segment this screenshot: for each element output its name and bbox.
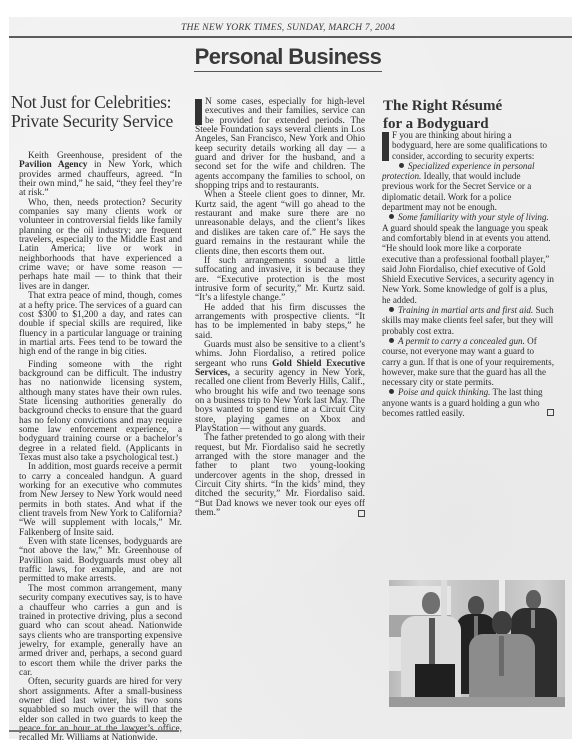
bullet-icon — [389, 389, 394, 394]
bullet-icon — [389, 338, 394, 343]
drop-cap-bar — [382, 132, 389, 161]
end-of-article-mark-icon — [358, 510, 365, 517]
text: The father pretended to go along with th… — [195, 433, 365, 518]
paragraph: Often, security guards are hired for ver… — [19, 678, 182, 743]
section-title: Personal Business — [0, 44, 576, 72]
paragraph: He added that his firm discusses the arr… — [195, 304, 365, 341]
sidebar-list-item: Some familiarity with your style of livi… — [382, 212, 554, 305]
paragraph: The father pretended to go along with th… — [195, 434, 365, 518]
paragraph: Keith Greenhouse, president of the Pavil… — [19, 152, 182, 199]
top-rule-divider — [9, 36, 572, 38]
text: a security agency in New York, recalled … — [195, 368, 365, 434]
drop-cap-bar — [195, 99, 202, 125]
paragraph: Who, then, needs protection? Security co… — [19, 199, 182, 292]
sidebar-list-item: A permit to carry a concealed gun. Of co… — [382, 336, 554, 387]
paragraph: Guards must also be sensitive to a clien… — [195, 341, 365, 434]
main-headline-line2: Private Security Service — [11, 111, 173, 131]
main-headline: Not Just for Celebrities: Private Securi… — [11, 93, 191, 131]
item-lead: Training in martial arts and first aid. — [398, 305, 533, 315]
sidebar-headline: The Right Résumé for a Bodyguard — [383, 98, 563, 133]
end-of-article-mark-icon — [547, 409, 554, 416]
sidebar-headline-line1: The Right Résumé — [383, 98, 502, 114]
article-column-1: Keith Greenhouse, president of the Pavil… — [19, 152, 182, 744]
paragraph: Finding someone with the right backgroun… — [19, 361, 182, 464]
paragraph: When a Steele client goes to dinner, Mr.… — [195, 191, 365, 256]
article-column-2: N some cases, especially for high-level … — [195, 98, 365, 518]
paragraph: The most common arrangement, many securi… — [19, 585, 182, 678]
sidebar-column: F you are thinking about hiring a bodygu… — [382, 130, 554, 418]
bottom-rule-divider — [9, 730, 179, 732]
photo-counter — [389, 697, 565, 707]
item-lead: A permit to carry a concealed gun. — [398, 336, 525, 346]
sidebar-list-item: Training in martial arts and first aid. … — [382, 305, 554, 336]
item-text: A guard should speak the language you sp… — [382, 223, 554, 305]
paragraph: If such arrangements sound a little suff… — [195, 257, 365, 304]
bullet-icon — [399, 163, 404, 168]
sidebar-intro: F you are thinking about hiring a bodygu… — [382, 130, 554, 161]
text: some cases, especially for high-level ex… — [195, 97, 365, 191]
section-title-text: Personal Business — [194, 44, 383, 72]
text: you are thinking about hiring a bodyguar… — [392, 130, 547, 161]
paragraph: N some cases, especially for high-level … — [195, 98, 365, 191]
bullet-icon — [389, 307, 394, 312]
item-lead: Poise and quick thinking. — [398, 387, 490, 397]
sidebar-list-item: Poise and quick thinking. The last thing… — [382, 387, 554, 418]
bullet-icon — [389, 214, 394, 219]
dateline: THE NEW YORK TIMES, SUNDAY, MARCH 7, 200… — [0, 22, 576, 33]
main-headline-line1: Not Just for Celebrities: — [11, 92, 171, 112]
item-lead: Some familiarity with your style of livi… — [398, 212, 549, 222]
photo-four-men — [389, 580, 565, 707]
paragraph: Even with state licenses, bodyguards are… — [19, 538, 182, 585]
paragraph: That extra peace of mind, though, comes … — [19, 292, 182, 357]
sidebar-list-item: Specialized experience in personal prote… — [382, 161, 554, 212]
paragraph: In addition, most guards receive a permi… — [19, 463, 182, 538]
